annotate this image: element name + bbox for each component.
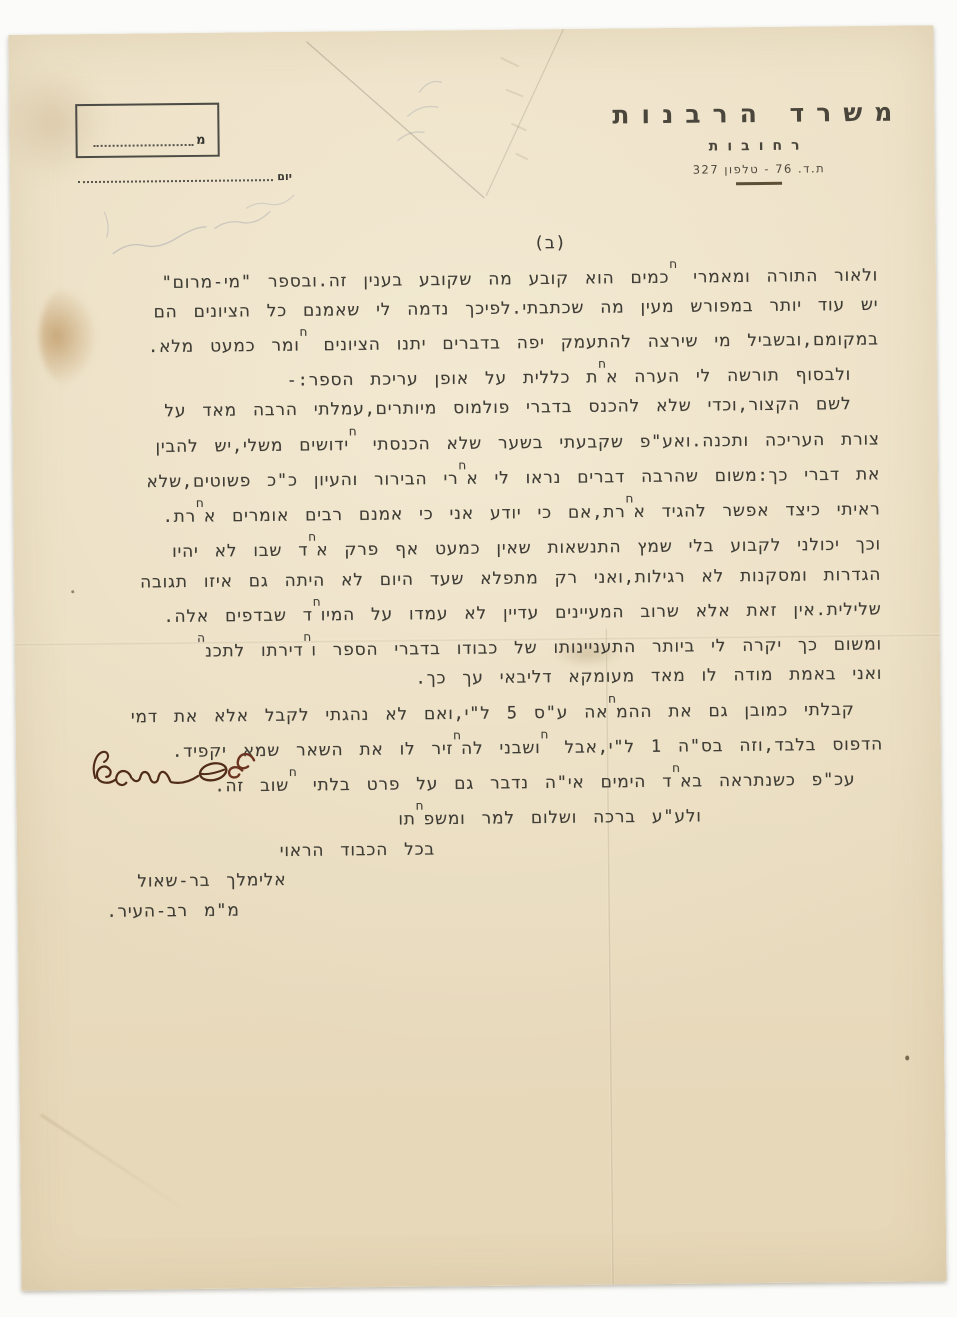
reference-number-blank bbox=[94, 135, 194, 147]
letterhead-org-name: משרד הרבנות bbox=[608, 97, 908, 129]
paper-crease bbox=[40, 1114, 187, 1212]
date-blank bbox=[78, 170, 273, 183]
letter-page: משרד הרבנות רחובות ת.ד. 76 - טלפון 327 מ… bbox=[8, 25, 946, 1291]
reference-number-row: מ bbox=[94, 135, 206, 147]
ink-speck bbox=[905, 1056, 909, 1061]
date-field: יום bbox=[78, 170, 292, 183]
date-label: יום bbox=[277, 172, 292, 181]
closing-block: ולע"ע ברכה ושלום למר ומשפחתובכל הכבוד הר… bbox=[85, 795, 885, 927]
letter-body: (ב) ולאור התורה ומאמרי חכמים הוא קובע מה… bbox=[79, 226, 885, 927]
letterhead-city: רחובות bbox=[609, 136, 909, 155]
reference-number-label: מ bbox=[196, 136, 206, 146]
letterhead-underline bbox=[736, 182, 782, 185]
reference-number-box: מ bbox=[75, 103, 220, 159]
ink-speck bbox=[71, 590, 74, 593]
body-paragraphs: ולאור התורה ומאמרי חכמים הוא קובע מה שקו… bbox=[79, 255, 884, 803]
fold-crease-mark bbox=[300, 29, 572, 210]
letterhead-contact: ת.ד. 76 - טלפון 327 bbox=[609, 160, 909, 177]
letterhead: משרד הרבנות רחובות ת.ד. 76 - טלפון 327 bbox=[608, 97, 909, 186]
